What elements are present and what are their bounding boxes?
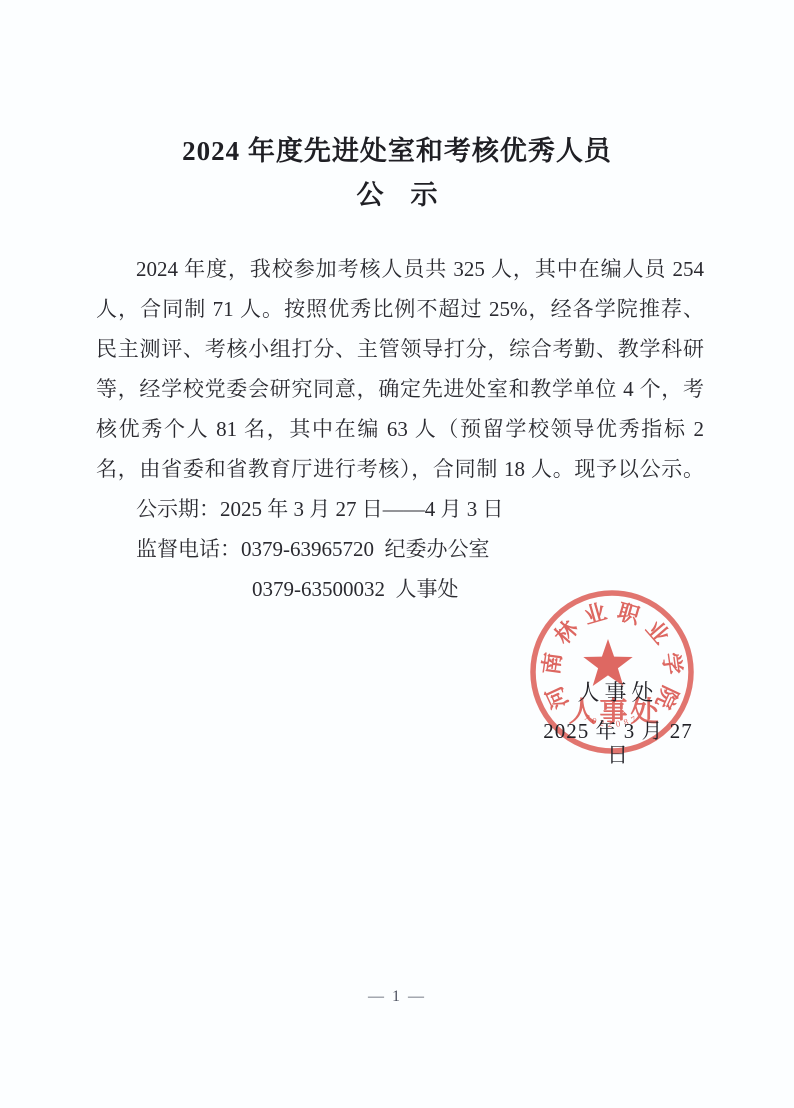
signature-date: 2025 年 3 月 27 日 <box>530 719 706 767</box>
doc-line: 2024 年度，我校参加考核人员共 325 人，其中在编人员 254 <box>96 249 704 289</box>
document-page: 2024 年度先进处室和考核优秀人员 公 示 2024 年度，我校参加考核人员共… <box>0 0 794 1108</box>
doc-subtitle: 公 示 <box>0 178 794 212</box>
doc-line: 公示期：2025 年 3 月 27 日——4 月 3 日 <box>96 489 704 529</box>
doc-title: 2024 年度先进处室和考核优秀人员 <box>0 134 794 168</box>
seal-org-char: 南 <box>538 651 566 676</box>
doc-line: 民主测评、考核小组打分、主管领导打分，综合考勤、教学科研 <box>96 329 704 369</box>
doc-body: 2024 年度，我校参加考核人员共 325 人，其中在编人员 254 人，合同制… <box>96 249 704 609</box>
doc-line: 核优秀个人 81 名，其中在编 63 人（预留学校领导优秀指标 2 <box>96 409 704 449</box>
doc-line: 等，经学校党委会研究同意，确定先进处室和教学单位 4 个，考 <box>96 369 704 409</box>
signature-block: 人事处 2025 年 3 月 27 日 <box>530 681 706 767</box>
star-icon <box>583 639 632 686</box>
seal-org-char: 学 <box>658 651 686 676</box>
signature-name: 人事处 <box>530 681 706 705</box>
doc-line: 名，由省委和省教育厅进行考核），合同制 18 人。现予以公示。 <box>96 449 704 489</box>
page-number: — 1 — <box>0 988 794 1006</box>
doc-line: 人，合同制 71 人。按照优秀比例不超过 25%，经各学院推荐、 <box>96 289 704 329</box>
doc-line: 监督电话：0379-63965720 纪委办公室 <box>96 529 704 569</box>
seal-org-char: 职 <box>615 599 644 629</box>
seal-org-char: 业 <box>581 599 609 629</box>
